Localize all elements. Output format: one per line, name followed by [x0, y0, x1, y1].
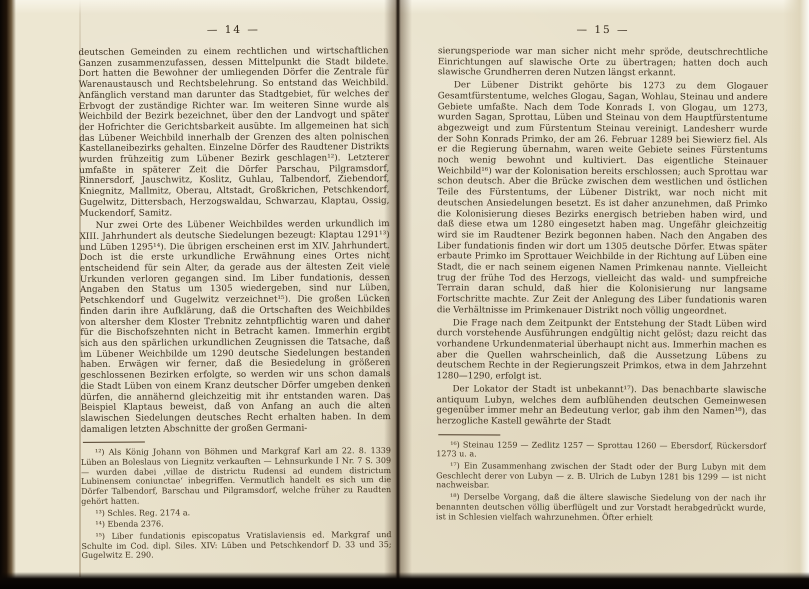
- page-15-footnotes: ¹⁶) Steinau 1259 — Zedlitz 1257 — Sprott…: [436, 440, 766, 523]
- footnote: ¹⁵) Liber fundationis episcopatus Vratis…: [81, 530, 391, 561]
- footnote-separator: [83, 442, 145, 443]
- book-right-edge: [783, 0, 809, 589]
- page-number-header: — 14 —: [78, 23, 388, 37]
- book-bottom-edge: [0, 572, 809, 589]
- body-paragraph: sierungsperiode war man sicher nicht meh…: [438, 46, 768, 80]
- footnote: ¹³) Schles. Reg. 2174 a.: [81, 507, 391, 519]
- body-paragraph: Der Lübener Distrikt gehörte bis 1273 zu…: [437, 80, 768, 317]
- body-paragraph: Der Lokator der Stadt ist unbekannt¹⁷). …: [436, 384, 766, 428]
- footnote: ¹⁶) Steinau 1259 — Zedlitz 1257 — Sprott…: [436, 440, 766, 461]
- book-scan: — 14 — deutschen Gemeinden zu einem rech…: [0, 0, 809, 589]
- footnote: ¹⁴) Ebenda 2376.: [81, 518, 391, 530]
- footnote: ¹⁸) Derselbe Vorgang, daß die ältere sla…: [436, 492, 766, 523]
- body-paragraph: deutschen Gemeinden zu einem rechtlichen…: [79, 46, 390, 219]
- page-14-body: deutschen Gemeinden zu einem rechtlichen…: [79, 46, 391, 435]
- book-left-edge: [0, 0, 16, 589]
- page-14-footnotes: ¹²) Als König Johann von Böhmen und Mark…: [81, 446, 392, 561]
- page-number-header: — 15 —: [438, 23, 768, 36]
- footnote: ¹²) Als König Johann von Böhmen und Mark…: [81, 446, 391, 506]
- page-15: — 15 — sierungsperiode war man sicher ni…: [436, 23, 768, 525]
- body-paragraph: Nur zwei Orte des Lübener Weichbildes we…: [80, 219, 391, 435]
- page-14: — 14 — deutschen Gemeinden zu einem rech…: [78, 23, 391, 563]
- footnote-separator: [438, 434, 500, 435]
- underlying-page-edge: [12, 0, 80, 579]
- body-paragraph: Die Frage nach dem Zeitpunkt der Entsteh…: [437, 318, 767, 384]
- footnote: ¹⁷) Ein Zusammenhang zwischen der Stadt …: [436, 461, 766, 492]
- page-15-body: sierungsperiode war man sicher nicht meh…: [436, 46, 768, 428]
- book-gutter-shadow: [384, 0, 412, 589]
